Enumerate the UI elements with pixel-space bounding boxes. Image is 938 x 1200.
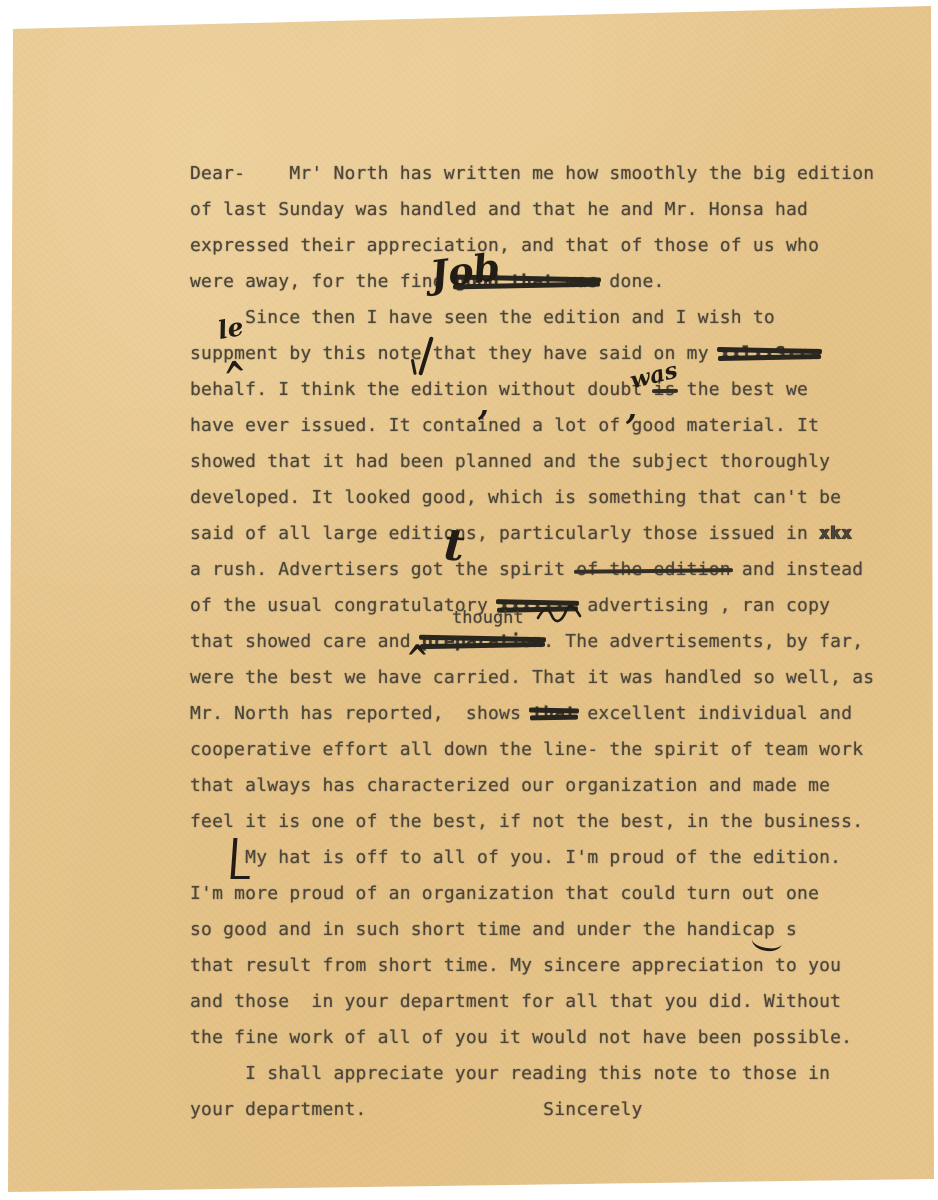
typed-text: were the best we have carried. That it w… (190, 667, 874, 688)
typed-text: showed that it had been planned and the … (190, 451, 830, 472)
typed-text: feel it is one of the best, if not the b… (190, 811, 863, 832)
typed-text: and instead (731, 559, 863, 580)
letter-line: have ever issued. It contained a lot of … (190, 408, 910, 444)
typed-text: were away, for the fine (190, 271, 455, 292)
typed-text: advertising , ran copy (576, 595, 830, 616)
letter-line: expressed their appreciation, and that o… (190, 228, 910, 264)
typed-text: of last Sunday was handled and that he a… (190, 199, 808, 220)
letter-body: Dear- Mr' North has written me how smoot… (190, 156, 910, 1128)
letter-line: cooperative effort all down the line- th… (190, 732, 910, 768)
typed-text: the best we (676, 379, 808, 400)
typed-text: I'm more proud of an organization that c… (190, 883, 819, 904)
typed-text: My hat is off to all of you. I'm proud o… (190, 847, 841, 868)
letter-line: showed that it had been planned and the … (190, 444, 910, 480)
letter-line: said of all large editions, particularly… (190, 516, 910, 552)
struck-text: xxxxxxx (499, 588, 576, 624)
letter-line: Since then I have seen the edition and I… (190, 300, 910, 336)
typed-text: excellent individual and (576, 703, 852, 724)
paper-sheet: Dear- Mr' North has written me how smoot… (0, 0, 938, 1200)
letter-line: that showed care and preparation. The ad… (190, 624, 910, 660)
typed-text: Dear- Mr' North has written me how smoot… (190, 163, 874, 184)
letter-line: My hat is off to all of you. I'm proud o… (190, 840, 910, 876)
letter-line: I'm more proud of an organization that c… (190, 876, 910, 912)
typed-text: developed. It looked good, which is some… (190, 487, 841, 508)
struck-text: of the edition (576, 552, 731, 588)
letter-line: of the usual congratulatory xxxxxxx adve… (190, 588, 910, 624)
scanned-letter-page: Dear- Mr' North has written me how smoot… (0, 0, 938, 1200)
typed-text: your department. Sincerely (190, 1099, 643, 1120)
typed-text: that always has characterized our organi… (190, 775, 830, 796)
letter-line: I shall appreciate your reading this not… (190, 1056, 910, 1092)
letter-line: developed. It looked good, which is some… (190, 480, 910, 516)
struck-text: is (654, 372, 676, 408)
typed-text: said of all large editions, particularly… (190, 523, 819, 544)
letter-line: the fine work of all of you it would not… (190, 1020, 910, 1056)
typed-text: so good and in such short time and under… (190, 919, 797, 940)
typed-text: suppment by this note that they have sai… (190, 343, 720, 364)
typed-text: Mr. North has reported, shows (190, 703, 532, 724)
typed-text: done. (598, 271, 664, 292)
letter-line: and those in your department for all tha… (190, 984, 910, 1020)
letter-line: behalf. I think the edition without doub… (190, 372, 910, 408)
letter-line: Mr. North has reported, shows that excel… (190, 696, 910, 732)
typed-text: Since then I have seen the edition and I… (190, 307, 775, 328)
typed-text: I shall appreciate your reading this not… (190, 1063, 830, 1084)
typed-text: of the usual congratulatory (190, 595, 499, 616)
letter-line: suppment by this note that they have sai… (190, 336, 910, 372)
letter-line: that result from short time. My sincere … (190, 948, 910, 984)
typed-text: the fine work of all of you it would not… (190, 1027, 852, 1048)
overstruck-text: xkx (819, 523, 852, 544)
typed-text: cooperative effort all down the line- th… (190, 739, 863, 760)
typed-text: that result from short time. My sincere … (190, 955, 841, 976)
typed-text: have ever issued. It contained a lot of … (190, 415, 819, 436)
struck-text: xxlxxSxxx (720, 336, 819, 372)
letter-line: Dear- Mr' North has written me how smoot… (190, 156, 910, 192)
struck-text: good that was (455, 264, 598, 300)
struck-text: preparation (422, 624, 543, 660)
letter-line: were away, for the fine good that was do… (190, 264, 910, 300)
typed-text: behalf. I think the edition without doub… (190, 379, 654, 400)
letter-line: so good and in such short time and under… (190, 912, 910, 948)
letter-line: that always has characterized our organi… (190, 768, 910, 804)
letter-line: were the best we have carried. That it w… (190, 660, 910, 696)
typed-text: expressed their appreciation, and that o… (190, 235, 819, 256)
typed-text: and those in your department for all tha… (190, 991, 841, 1012)
letter-line: a rush. Advertisers got the spirit of th… (190, 552, 910, 588)
struck-text: that (532, 696, 576, 732)
letter-line: your department. Sincerely (190, 1092, 910, 1128)
typed-text: a rush. Advertisers got the spirit (190, 559, 576, 580)
typed-text: that showed care and (190, 631, 422, 652)
typed-text: . The advertisements, by far, (543, 631, 863, 652)
letter-line: of last Sunday was handled and that he a… (190, 192, 910, 228)
letter-line: feel it is one of the best, if not the b… (190, 804, 910, 840)
